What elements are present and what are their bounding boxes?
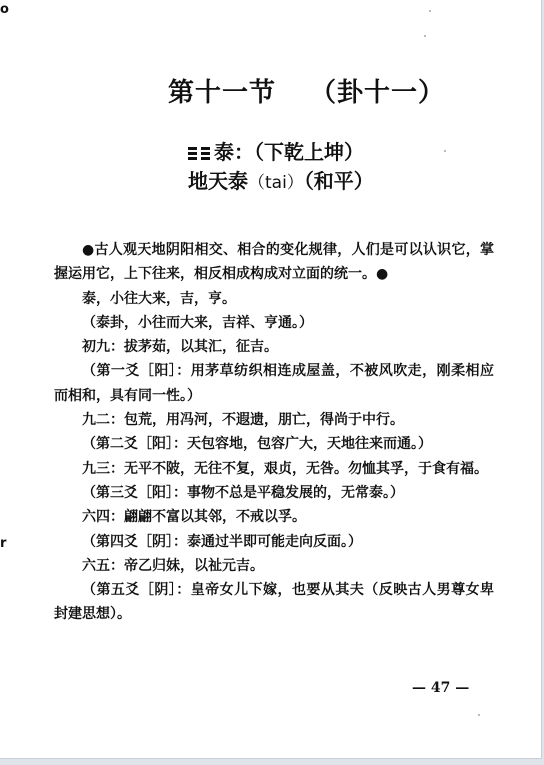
paragraph-line-3-note: （第三爻［阳］：事物不总是平稳发展的，无常泰。） bbox=[54, 481, 494, 505]
section-title: 第十一节 bbox=[168, 78, 276, 108]
scan-speck bbox=[444, 150, 446, 152]
paragraph-line-4-note: （第四爻［阴］：泰通过半即可能走向反面。） bbox=[54, 530, 494, 554]
hexagram-pinyin: （tai） bbox=[248, 173, 304, 193]
paragraph-line-4: 六四：翩翩不富以其邻，不戒以孚。 bbox=[54, 505, 494, 529]
paragraph-judgment: 泰，小往大来，吉，亨。 bbox=[54, 287, 494, 311]
scan-speck bbox=[429, 10, 431, 12]
hexagram-full-name: 地天泰（tai）（和平） bbox=[188, 165, 374, 194]
paragraph-line-2: 九二：包荒，用冯河，不遐遗，朋亡，得尚于中行。 bbox=[54, 408, 494, 432]
paragraph-intro: ●古人观天地阴阳相交、相合的变化规律，人们是可以认识它，掌握运用它，上下往来，相… bbox=[54, 238, 494, 287]
margin-mark-left: r bbox=[0, 536, 6, 551]
document-page: o r 第十一节（卦十一） 泰：（下乾上坤） 地天泰（tai）（和平） ●古人观… bbox=[0, 0, 542, 759]
paragraph-line-1: 初九：拔茅茹，以其汇，征吉。 bbox=[54, 335, 494, 359]
section-heading: 第十一节（卦十一） bbox=[168, 72, 445, 109]
scan-speck bbox=[478, 714, 480, 716]
paragraph-line-2-note: （第二爻［阳］：天包容地，包容广大，天地往来而通。） bbox=[54, 432, 494, 456]
paragraph-line-5: 六五：帝乙归妹，以祉元吉。 bbox=[54, 554, 494, 578]
hexagram-heading: 泰：（下乾上坤） bbox=[188, 136, 364, 165]
hexagram-name: 泰：（下乾上坤） bbox=[214, 140, 364, 164]
section-subtitle: （卦十一） bbox=[310, 78, 445, 108]
hexagram-tai-icon bbox=[188, 145, 210, 162]
body-text: ●古人观天地阴阳相交、相合的变化规律，人们是可以认识它，掌握运用它，上下往来，相… bbox=[54, 238, 494, 627]
scan-speck bbox=[424, 35, 426, 37]
paragraph-line-5-note: （第五爻［阴］：皇帝女儿下嫁，也要从其夫（反映古人男尊女卑封建思想）。 bbox=[54, 578, 494, 627]
margin-mark-top: o bbox=[0, 2, 9, 17]
paragraph-judgment-note: （泰卦，小往而大来，吉祥、亨通。） bbox=[54, 311, 494, 335]
paragraph-line-3: 九三：无平不陂，无往不复，艰贞，无咎。勿恤其孚，于食有福。 bbox=[54, 457, 494, 481]
paragraph-line-1-note: （第一爻［阳］：用茅草纺织相连成屋盖，不被风吹走，刚柔相应而相和，具有同一性。） bbox=[54, 359, 494, 408]
hexagram-chinese-name: 地天泰 bbox=[188, 169, 248, 193]
page-number: — 47 — bbox=[412, 680, 469, 696]
hexagram-meaning: （和平） bbox=[304, 169, 374, 193]
